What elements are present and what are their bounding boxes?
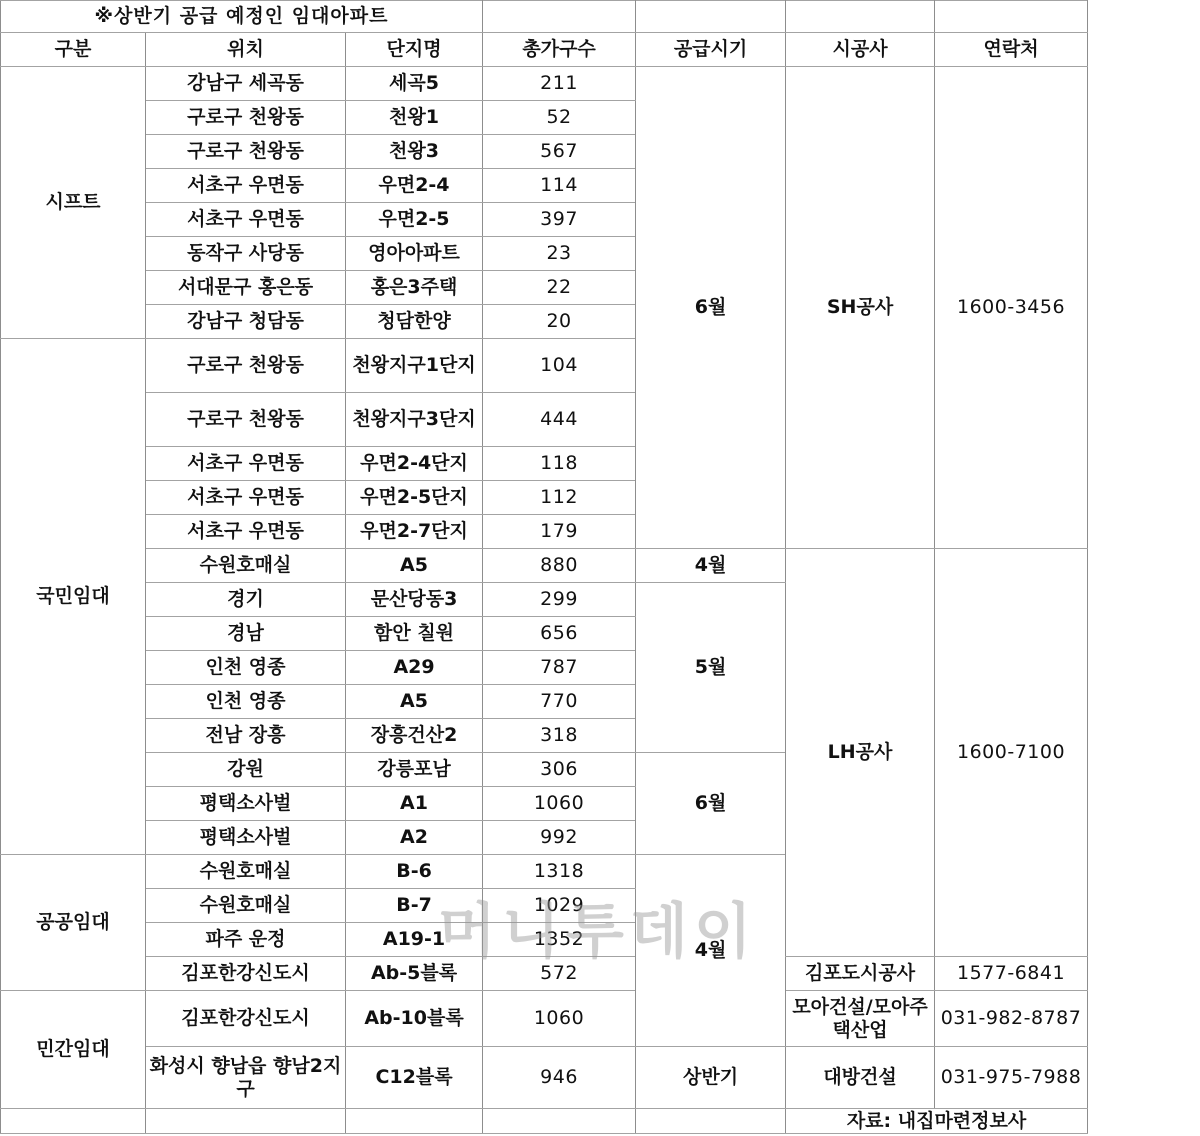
empty-cell <box>636 1 786 33</box>
households-cell: 299 <box>483 583 636 617</box>
complex-cell: 천왕1 <box>346 101 483 135</box>
supply-month-cell: 상반기 <box>636 1047 786 1109</box>
builder-cell: 김포도시공사 <box>786 957 935 991</box>
complex-cell: B-6 <box>346 855 483 889</box>
households-cell: 23 <box>483 237 636 271</box>
complex-cell: 청담한양 <box>346 305 483 339</box>
location-cell: 인천 영종 <box>146 685 346 719</box>
households-cell: 444 <box>483 393 636 447</box>
complex-cell: A19-1 <box>346 923 483 957</box>
empty-cell <box>1 1109 146 1134</box>
complex-cell: 홍은3주택 <box>346 271 483 305</box>
header-contact: 연락처 <box>935 33 1088 67</box>
location-cell: 서초구 우면동 <box>146 169 346 203</box>
empty-cell <box>786 1 935 33</box>
complex-cell: 강릉포남 <box>346 753 483 787</box>
households-cell: 118 <box>483 447 636 481</box>
households-cell: 946 <box>483 1047 636 1109</box>
location-cell: 구로구 천왕동 <box>146 101 346 135</box>
complex-cell: 장흥건산2 <box>346 719 483 753</box>
contact-cell: 031-975-7988 <box>935 1047 1088 1109</box>
households-cell: 22 <box>483 271 636 305</box>
complex-cell: 영아아파트 <box>346 237 483 271</box>
supply-month-cell: 6월 <box>636 753 786 855</box>
header-complex: 단지명 <box>346 33 483 67</box>
complex-cell: A2 <box>346 821 483 855</box>
header-location: 위치 <box>146 33 346 67</box>
builder-cell: LH공사 <box>786 549 935 957</box>
complex-cell: A5 <box>346 549 483 583</box>
complex-cell: 우면2-5단지 <box>346 481 483 515</box>
table-row: 수원호매실 A5 880 4월 LH공사 1600-7100 <box>1 549 1088 583</box>
location-cell: 화성시 향남읍 향남2지구 <box>146 1047 346 1109</box>
table-row: 민간임대 김포한강신도시 Ab-10블록 1060 모아건설/모아주택산업 03… <box>1 991 1088 1047</box>
complex-cell: C12블록 <box>346 1047 483 1109</box>
households-cell: 397 <box>483 203 636 237</box>
table-row: 화성시 향남읍 향남2지구 C12블록 946 상반기 대방건설 031-975… <box>1 1047 1088 1109</box>
contact-cell: 031-982-8787 <box>935 991 1088 1047</box>
location-cell: 김포한강신도시 <box>146 957 346 991</box>
page-title: ※상반기 공급 예정인 임대아파트 <box>1 1 483 33</box>
contact-cell: 1600-7100 <box>935 549 1088 957</box>
table-row: 김포한강신도시 Ab-5블록 572 김포도시공사 1577-6841 <box>1 957 1088 991</box>
complex-cell: 천왕3 <box>346 135 483 169</box>
complex-cell: 우면2-7단지 <box>346 515 483 549</box>
supply-month-cell: 5월 <box>636 583 786 753</box>
location-cell: 전남 장흥 <box>146 719 346 753</box>
households-cell: 211 <box>483 67 636 101</box>
contact-cell: 1577-6841 <box>935 957 1088 991</box>
location-cell: 파주 운정 <box>146 923 346 957</box>
location-cell: 동작구 사당동 <box>146 237 346 271</box>
households-cell: 306 <box>483 753 636 787</box>
location-cell: 평택소사벌 <box>146 821 346 855</box>
header-category: 구분 <box>1 33 146 67</box>
complex-cell: 세곡5 <box>346 67 483 101</box>
rental-apartment-table: ※상반기 공급 예정인 임대아파트 구분 위치 단지명 총가구수 공급시기 시공… <box>0 0 1088 1134</box>
location-cell: 서초구 우면동 <box>146 203 346 237</box>
header-households: 총가구수 <box>483 33 636 67</box>
households-cell: 787 <box>483 651 636 685</box>
location-cell: 김포한강신도시 <box>146 991 346 1047</box>
location-cell: 구로구 천왕동 <box>146 393 346 447</box>
empty-cell <box>146 1109 346 1134</box>
households-cell: 1060 <box>483 787 636 821</box>
complex-cell: Ab-5블록 <box>346 957 483 991</box>
location-cell: 수원호매실 <box>146 855 346 889</box>
households-cell: 656 <box>483 617 636 651</box>
location-cell: 인천 영종 <box>146 651 346 685</box>
location-cell: 구로구 천왕동 <box>146 339 346 393</box>
title-row: ※상반기 공급 예정인 임대아파트 <box>1 1 1088 33</box>
households-cell: 992 <box>483 821 636 855</box>
households-cell: 1029 <box>483 889 636 923</box>
households-cell: 1352 <box>483 923 636 957</box>
supply-month-cell: 4월 <box>636 549 786 583</box>
builder-cell: 모아건설/모아주택산업 <box>786 991 935 1047</box>
households-cell: 114 <box>483 169 636 203</box>
complex-cell: B-7 <box>346 889 483 923</box>
complex-cell: 천왕지구1단지 <box>346 339 483 393</box>
location-cell: 서초구 우면동 <box>146 481 346 515</box>
complex-cell: 함안 칠원 <box>346 617 483 651</box>
households-cell: 572 <box>483 957 636 991</box>
households-cell: 770 <box>483 685 636 719</box>
households-cell: 52 <box>483 101 636 135</box>
location-cell: 경남 <box>146 617 346 651</box>
source-note: 자료: 내집마련정보사 <box>786 1109 1088 1134</box>
households-cell: 567 <box>483 135 636 169</box>
header-row: 구분 위치 단지명 총가구수 공급시기 시공사 연락처 <box>1 33 1088 67</box>
households-cell: 1060 <box>483 991 636 1047</box>
households-cell: 104 <box>483 339 636 393</box>
builder-cell: SH공사 <box>786 67 935 549</box>
empty-cell <box>483 1109 636 1134</box>
households-cell: 179 <box>483 515 636 549</box>
complex-cell: 문산당동3 <box>346 583 483 617</box>
location-cell: 수원호매실 <box>146 549 346 583</box>
location-cell: 강남구 세곡동 <box>146 67 346 101</box>
households-cell: 20 <box>483 305 636 339</box>
complex-cell: A1 <box>346 787 483 821</box>
category-cell: 국민임대 <box>1 339 146 855</box>
complex-cell: A5 <box>346 685 483 719</box>
households-cell: 112 <box>483 481 636 515</box>
complex-cell: 천왕지구3단지 <box>346 393 483 447</box>
table-row: 시프트 강남구 세곡동 세곡5 211 6월 SH공사 1600-3456 <box>1 67 1088 101</box>
location-cell: 구로구 천왕동 <box>146 135 346 169</box>
households-cell: 880 <box>483 549 636 583</box>
category-cell: 민간임대 <box>1 991 146 1109</box>
location-cell: 강남구 청담동 <box>146 305 346 339</box>
location-cell: 강원 <box>146 753 346 787</box>
location-cell: 수원호매실 <box>146 889 346 923</box>
location-cell: 서대문구 홍은동 <box>146 271 346 305</box>
households-cell: 1318 <box>483 855 636 889</box>
empty-cell <box>346 1109 483 1134</box>
header-builder: 시공사 <box>786 33 935 67</box>
empty-cell <box>483 1 636 33</box>
supply-month-cell: 6월 <box>636 67 786 549</box>
location-cell: 서초구 우면동 <box>146 447 346 481</box>
page: ※상반기 공급 예정인 임대아파트 구분 위치 단지명 총가구수 공급시기 시공… <box>0 0 1200 1136</box>
complex-cell: 우면2-4 <box>346 169 483 203</box>
source-row: 자료: 내집마련정보사 <box>1 1109 1088 1134</box>
builder-cell: 대방건설 <box>786 1047 935 1109</box>
location-cell: 평택소사벌 <box>146 787 346 821</box>
households-cell: 318 <box>483 719 636 753</box>
supply-month-cell: 4월 <box>636 855 786 1047</box>
complex-cell: 우면2-5 <box>346 203 483 237</box>
header-supply: 공급시기 <box>636 33 786 67</box>
contact-cell: 1600-3456 <box>935 67 1088 549</box>
complex-cell: A29 <box>346 651 483 685</box>
location-cell: 서초구 우면동 <box>146 515 346 549</box>
complex-cell: 우면2-4단지 <box>346 447 483 481</box>
location-cell: 경기 <box>146 583 346 617</box>
complex-cell: Ab-10블록 <box>346 991 483 1047</box>
category-cell: 공공임대 <box>1 855 146 991</box>
empty-cell <box>935 1 1088 33</box>
empty-cell <box>636 1109 786 1134</box>
category-cell: 시프트 <box>1 67 146 339</box>
